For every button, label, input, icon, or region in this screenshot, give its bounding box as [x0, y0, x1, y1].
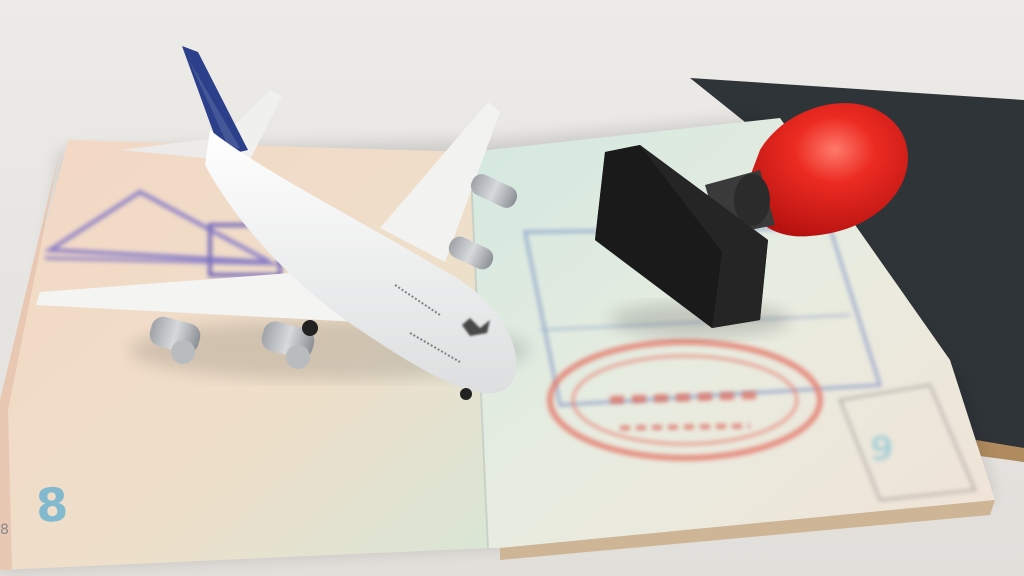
photo-scene: 9	[0, 0, 1024, 576]
photo-illustration: 9	[0, 0, 1024, 576]
passport-edge-mark: 8	[0, 522, 9, 538]
passport-page-number: 8	[35, 477, 70, 533]
svg-text:9: 9	[870, 429, 894, 469]
